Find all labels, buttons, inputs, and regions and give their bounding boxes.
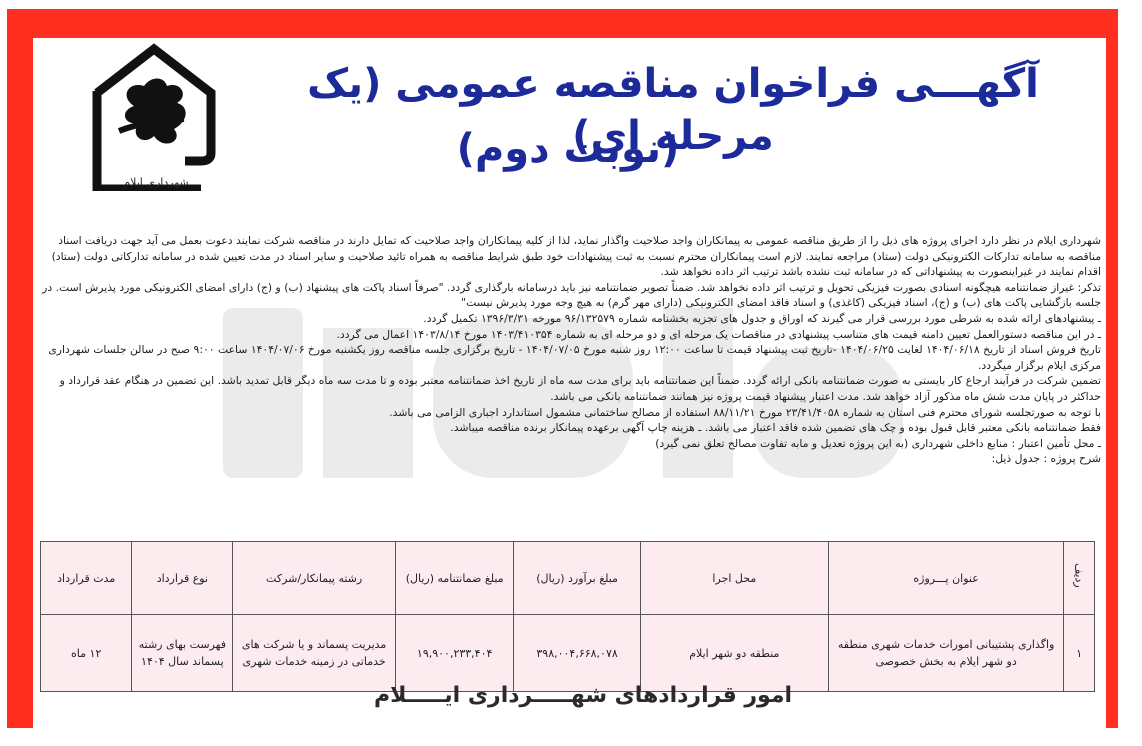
notice-frame: شهرداری ایلام آگهـــی فراخوان مناقصه عمو…	[7, 9, 1118, 728]
body-paragraph: ـ در این مناقصه دستورالعمل تعیین دامنه ق…	[37, 327, 1101, 343]
project-table: ردیف عنوان پـــروژه محل اجرا مبلغ برآورد…	[40, 541, 1095, 692]
cell-estimate: ۳۹۸,۰۰۴,۶۶۸,۰۷۸	[514, 615, 640, 692]
cell-contract-duration: ۱۲ ماه	[41, 615, 132, 692]
project-table-container: ردیف عنوان پـــروژه محل اجرا مبلغ برآورد…	[40, 541, 1095, 692]
cell-guarantee: ۱۹,۹۰۰,۲۳۳,۴۰۴	[395, 615, 514, 692]
notice-subtitle: (نوبت دوم)	[273, 123, 863, 175]
body-paragraph: شهرداری ایلام در نظر دارد اجرای پروژه ها…	[37, 233, 1101, 280]
notice-body: شهرداری ایلام در نظر دارد اجرای پروژه ها…	[37, 233, 1101, 467]
body-paragraph: ـ پیشنهادهای ارائه شده به شرطی مورد بررس…	[37, 311, 1101, 327]
body-paragraph: تاریخ فروش اسناد از تاریخ ۱۴۰۴/۰۶/۱۸ لغا…	[37, 342, 1101, 373]
cell-project-title: واگذاری پشتیبانی امورات خدمات شهری منطقه…	[828, 615, 1063, 692]
header-row-number: ردیف	[1064, 542, 1095, 615]
body-paragraph: فقط ضمانتنامه بانکی معتبر قابل قبول بوده…	[37, 420, 1101, 436]
header-contract-duration: مدت قرارداد	[41, 542, 132, 615]
footer-signature: امور قراردادهای شهـــــرداری ایـــــلام	[333, 683, 833, 708]
body-paragraph: ـ محل تأمین اعتبار : منابع داخلی شهرداری…	[37, 436, 1101, 452]
cell-contractor-field: مدیریت پسماند و یا شرکت های خدماتی در زم…	[233, 615, 396, 692]
header-guarantee: مبلغ ضمانتنامه (ریال)	[395, 542, 514, 615]
header-location: محل اجرا	[640, 542, 828, 615]
municipality-logo-icon	[89, 41, 219, 191]
header-contract-type: نوع قرارداد	[132, 542, 233, 615]
logo-caption: شهرداری ایلام	[91, 176, 221, 189]
cell-row-number: ۱	[1064, 615, 1095, 692]
cell-contract-type: فهرست بهای رشته پسماند سال ۱۴۰۴	[132, 615, 233, 692]
table-header-row: ردیف عنوان پـــروژه محل اجرا مبلغ برآورد…	[41, 542, 1095, 615]
body-paragraph: با توجه به صورتجلسه شورای محترم فنی استا…	[37, 405, 1101, 421]
table-row: ۱ واگذاری پشتیبانی امورات خدمات شهری منط…	[41, 615, 1095, 692]
body-paragraph: تضمین شرکت در فرآیند ارجاع کار بایستی به…	[37, 373, 1101, 404]
body-paragraph: شرح پروژه : جدول ذیل:	[37, 451, 1101, 467]
notice-content: شهرداری ایلام آگهـــی فراخوان مناقصه عمو…	[33, 38, 1106, 728]
header-project-title: عنوان پـــروژه	[828, 542, 1063, 615]
header-estimate: مبلغ برآورد (ریال)	[514, 542, 640, 615]
cell-location: منطقه دو شهر ایلام	[640, 615, 828, 692]
header-contractor-field: رشته پیمانکار/شرکت	[233, 542, 396, 615]
body-paragraph: تذکر: غیراز ضمانتنامه هیچگونه اسنادی بصو…	[37, 280, 1101, 311]
